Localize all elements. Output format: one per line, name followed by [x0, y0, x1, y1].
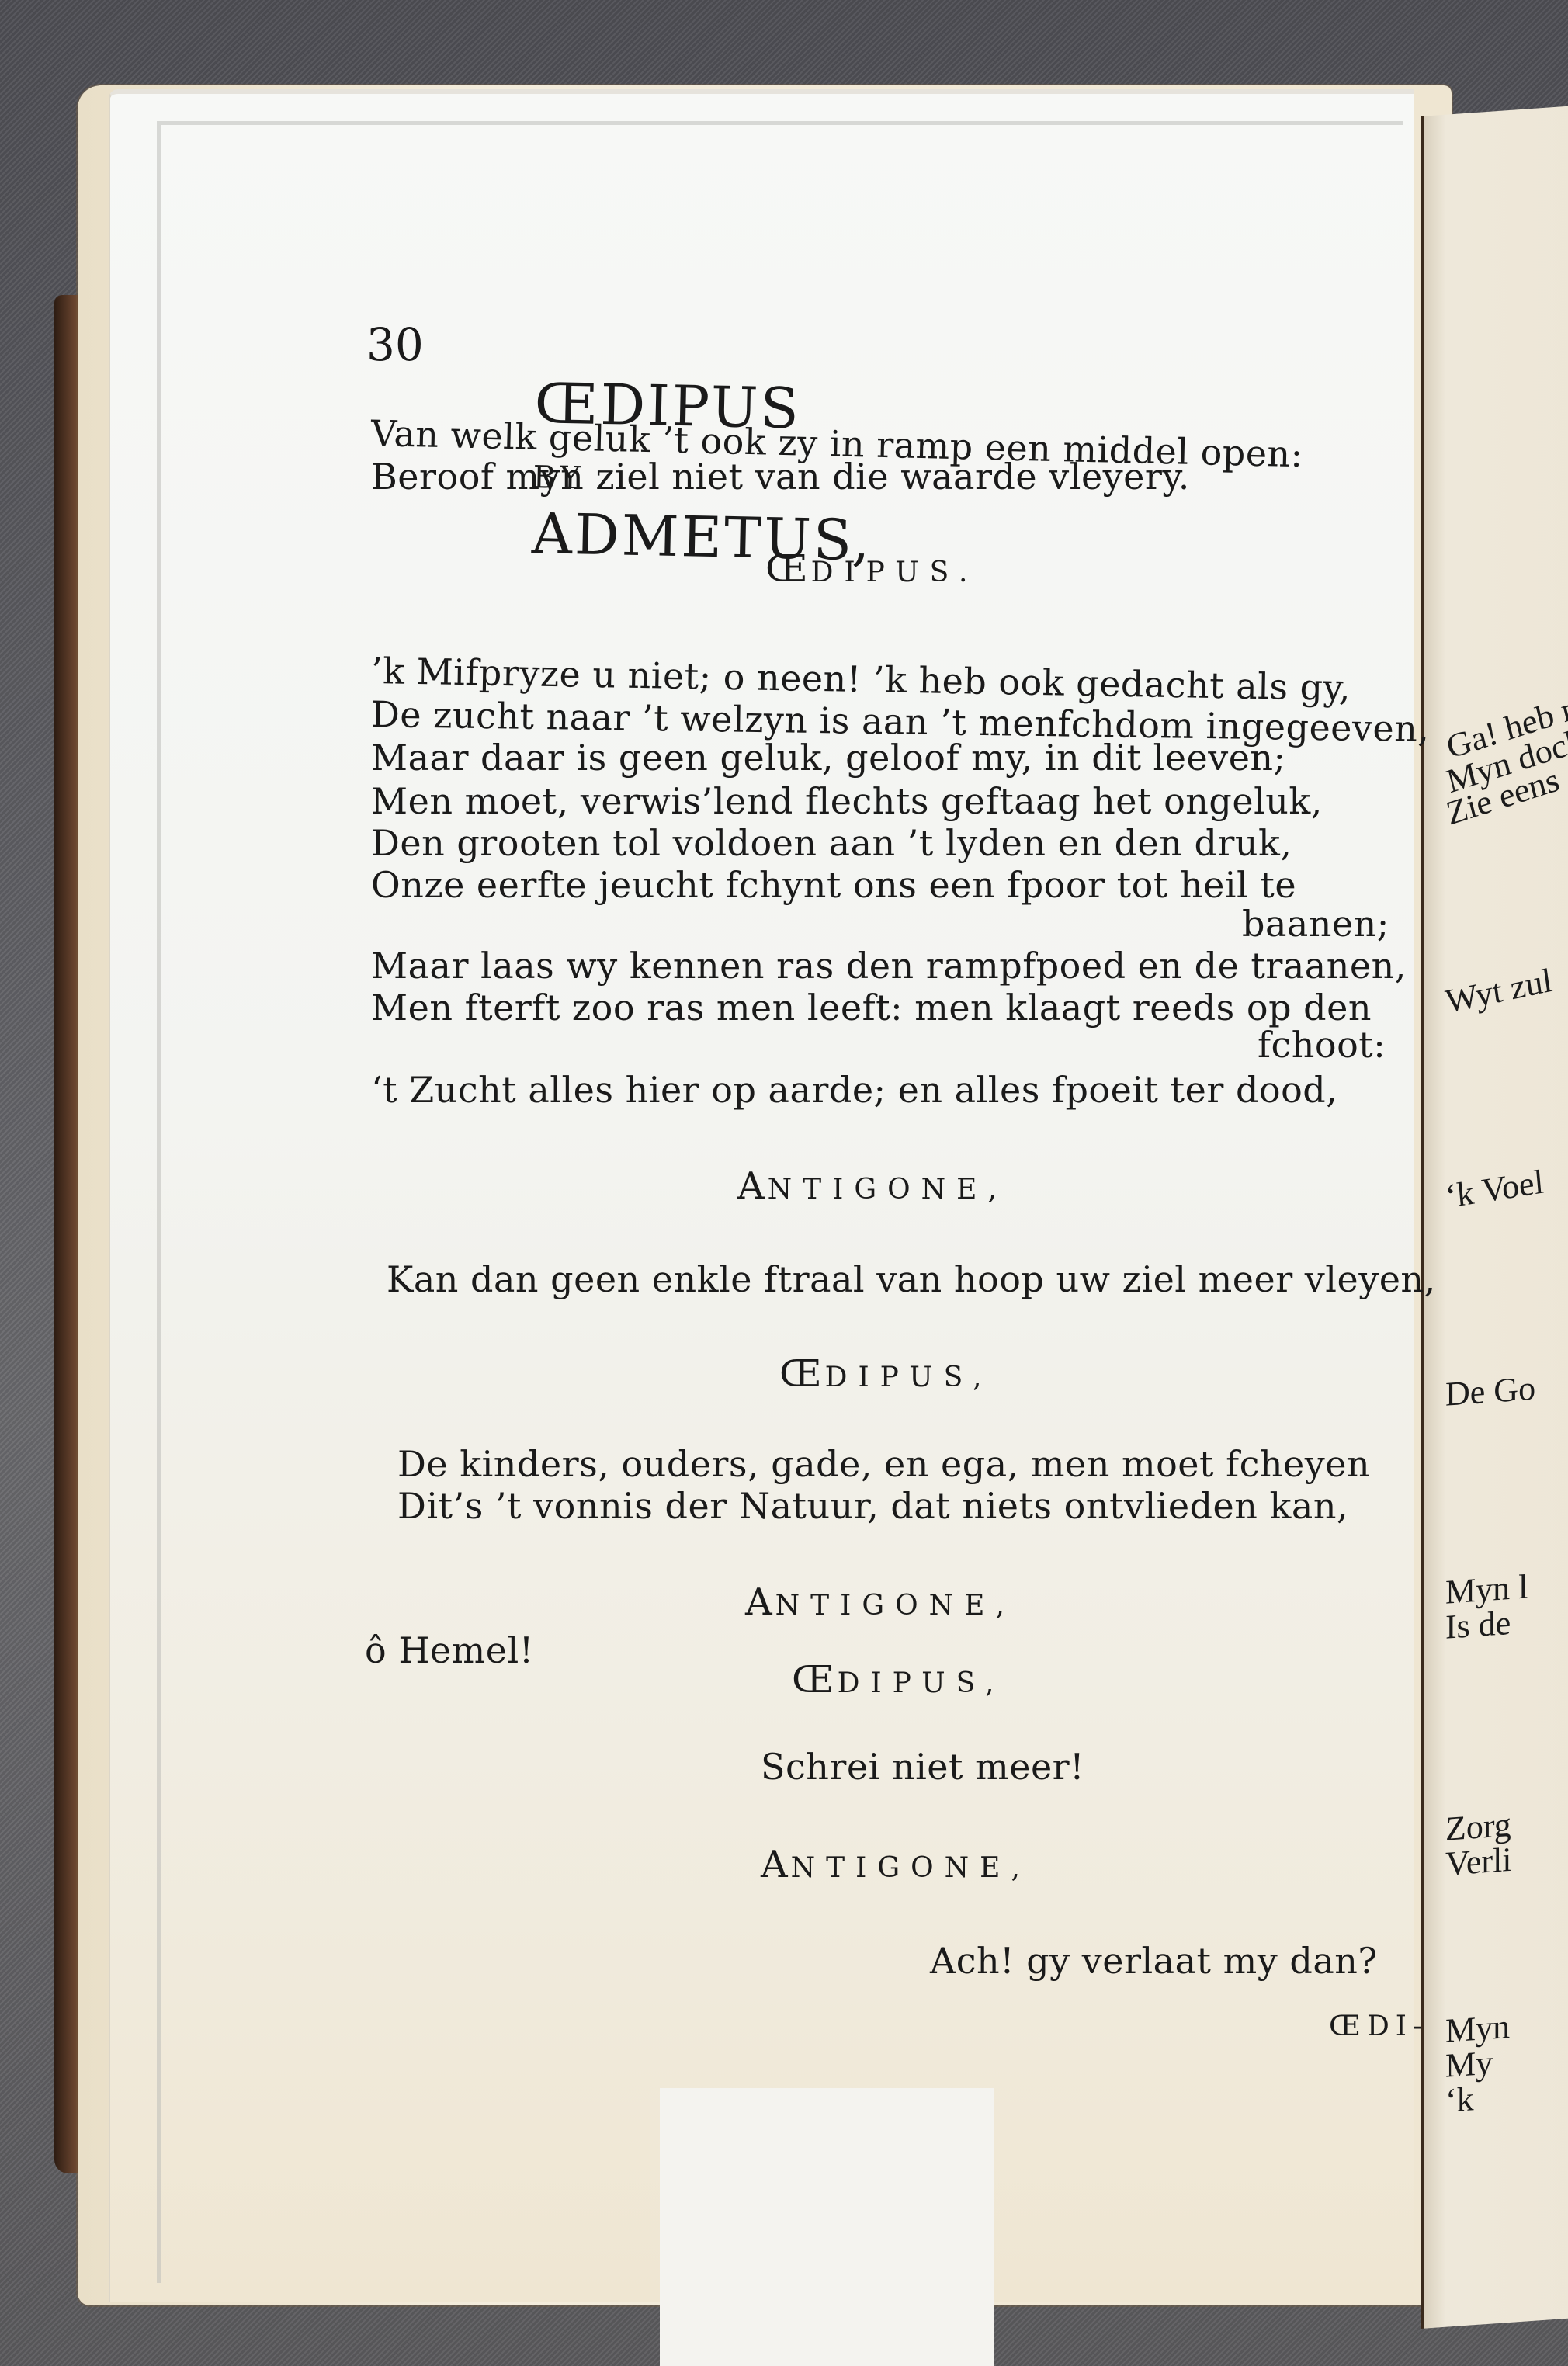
right-page-line: Is de	[1445, 1605, 1511, 1646]
speaker-name: DIPUS,	[838, 1667, 1005, 1699]
speaker-name: NTIGONE,	[768, 1174, 1008, 1206]
speaker-initial: Œ	[792, 1658, 838, 1702]
verse-line: Maar daar is geen geluk, geloof my, in d…	[371, 736, 1286, 779]
right-page-line: Myn	[1445, 2008, 1510, 2050]
verse-line: ô Hemel!	[365, 1629, 534, 1672]
speaker-initial: Œ	[779, 1352, 825, 1396]
page-number: 30	[366, 318, 424, 371]
verse-line: Onze eerfte jeucht fchynt ons een fpoor …	[371, 863, 1296, 907]
speaker-initial: A	[761, 1843, 791, 1886]
speaker-heading: ŒDIPUS,	[779, 1352, 992, 1396]
speaker-initial: A	[737, 1164, 768, 1208]
verse-line: Beroof myn ziel niet van die waarde vley…	[371, 455, 1190, 498]
speaker-initial: A	[745, 1580, 775, 1624]
verse-line: Kan dan geen enkle ftraal van hoop uw zi…	[387, 1258, 1436, 1301]
speaker-name: DIPUS,	[825, 1362, 993, 1393]
speaker-name: NTIGONE,	[791, 1852, 1031, 1884]
verse-line: Den grooten tol voldoen aan ’t lyden en …	[371, 821, 1292, 865]
speaker-name: NTIGONE,	[775, 1590, 1015, 1622]
speaker-heading: ŒDIPUS,	[792, 1658, 1004, 1702]
speaker-name: DIPUS.	[811, 557, 979, 588]
verse-turnover: fchoot:	[1258, 1023, 1386, 1067]
right-page-line: Wyt zul	[1443, 962, 1554, 1021]
right-page-line: ‘k	[1445, 2080, 1474, 2120]
blank-patch	[660, 2088, 994, 2366]
speaker-initial: Œ	[765, 547, 811, 591]
speaker-heading: ANTIGONE,	[737, 1164, 1008, 1208]
verse-turnover: baanen;	[1242, 902, 1389, 945]
speaker-heading: ANTIGONE,	[761, 1843, 1031, 1886]
verse-line: Men moet, verwis’lend flechts geftaag he…	[371, 779, 1323, 823]
right-page-line: De Go	[1445, 1370, 1535, 1414]
verse-line: Maar laas wy kennen ras den rampfpoed en…	[371, 944, 1407, 987]
catchword: ŒDI-	[1329, 2010, 1428, 2042]
verse-line: Ach! gy verlaat my dan?	[930, 1939, 1378, 1983]
right-page-line: My	[1445, 2044, 1493, 2084]
right-page: Ga! heb m Myn doch Zie eens Wyt zul ‘k V…	[1421, 103, 1568, 2329]
verse-line: Dit’s ’t vonnis der Natuur, dat niets on…	[397, 1484, 1348, 1528]
speaker-heading: ŒDIPUS.	[765, 547, 978, 591]
speaker-heading: ANTIGONE,	[745, 1580, 1015, 1624]
verse-line: Men fterft zoo ras men leeft: men klaagt…	[371, 986, 1372, 1029]
verse-line: De kinders, ouders, gade, en ega, men mo…	[397, 1442, 1370, 1486]
right-page-line: ‘k Voel	[1444, 1164, 1545, 1216]
verse-line: ‘t Zucht alles hier op aarde; en alles f…	[371, 1068, 1337, 1112]
right-page-line: Verli	[1445, 1841, 1512, 1883]
verse-line: Schrei niet meer!	[761, 1745, 1084, 1788]
